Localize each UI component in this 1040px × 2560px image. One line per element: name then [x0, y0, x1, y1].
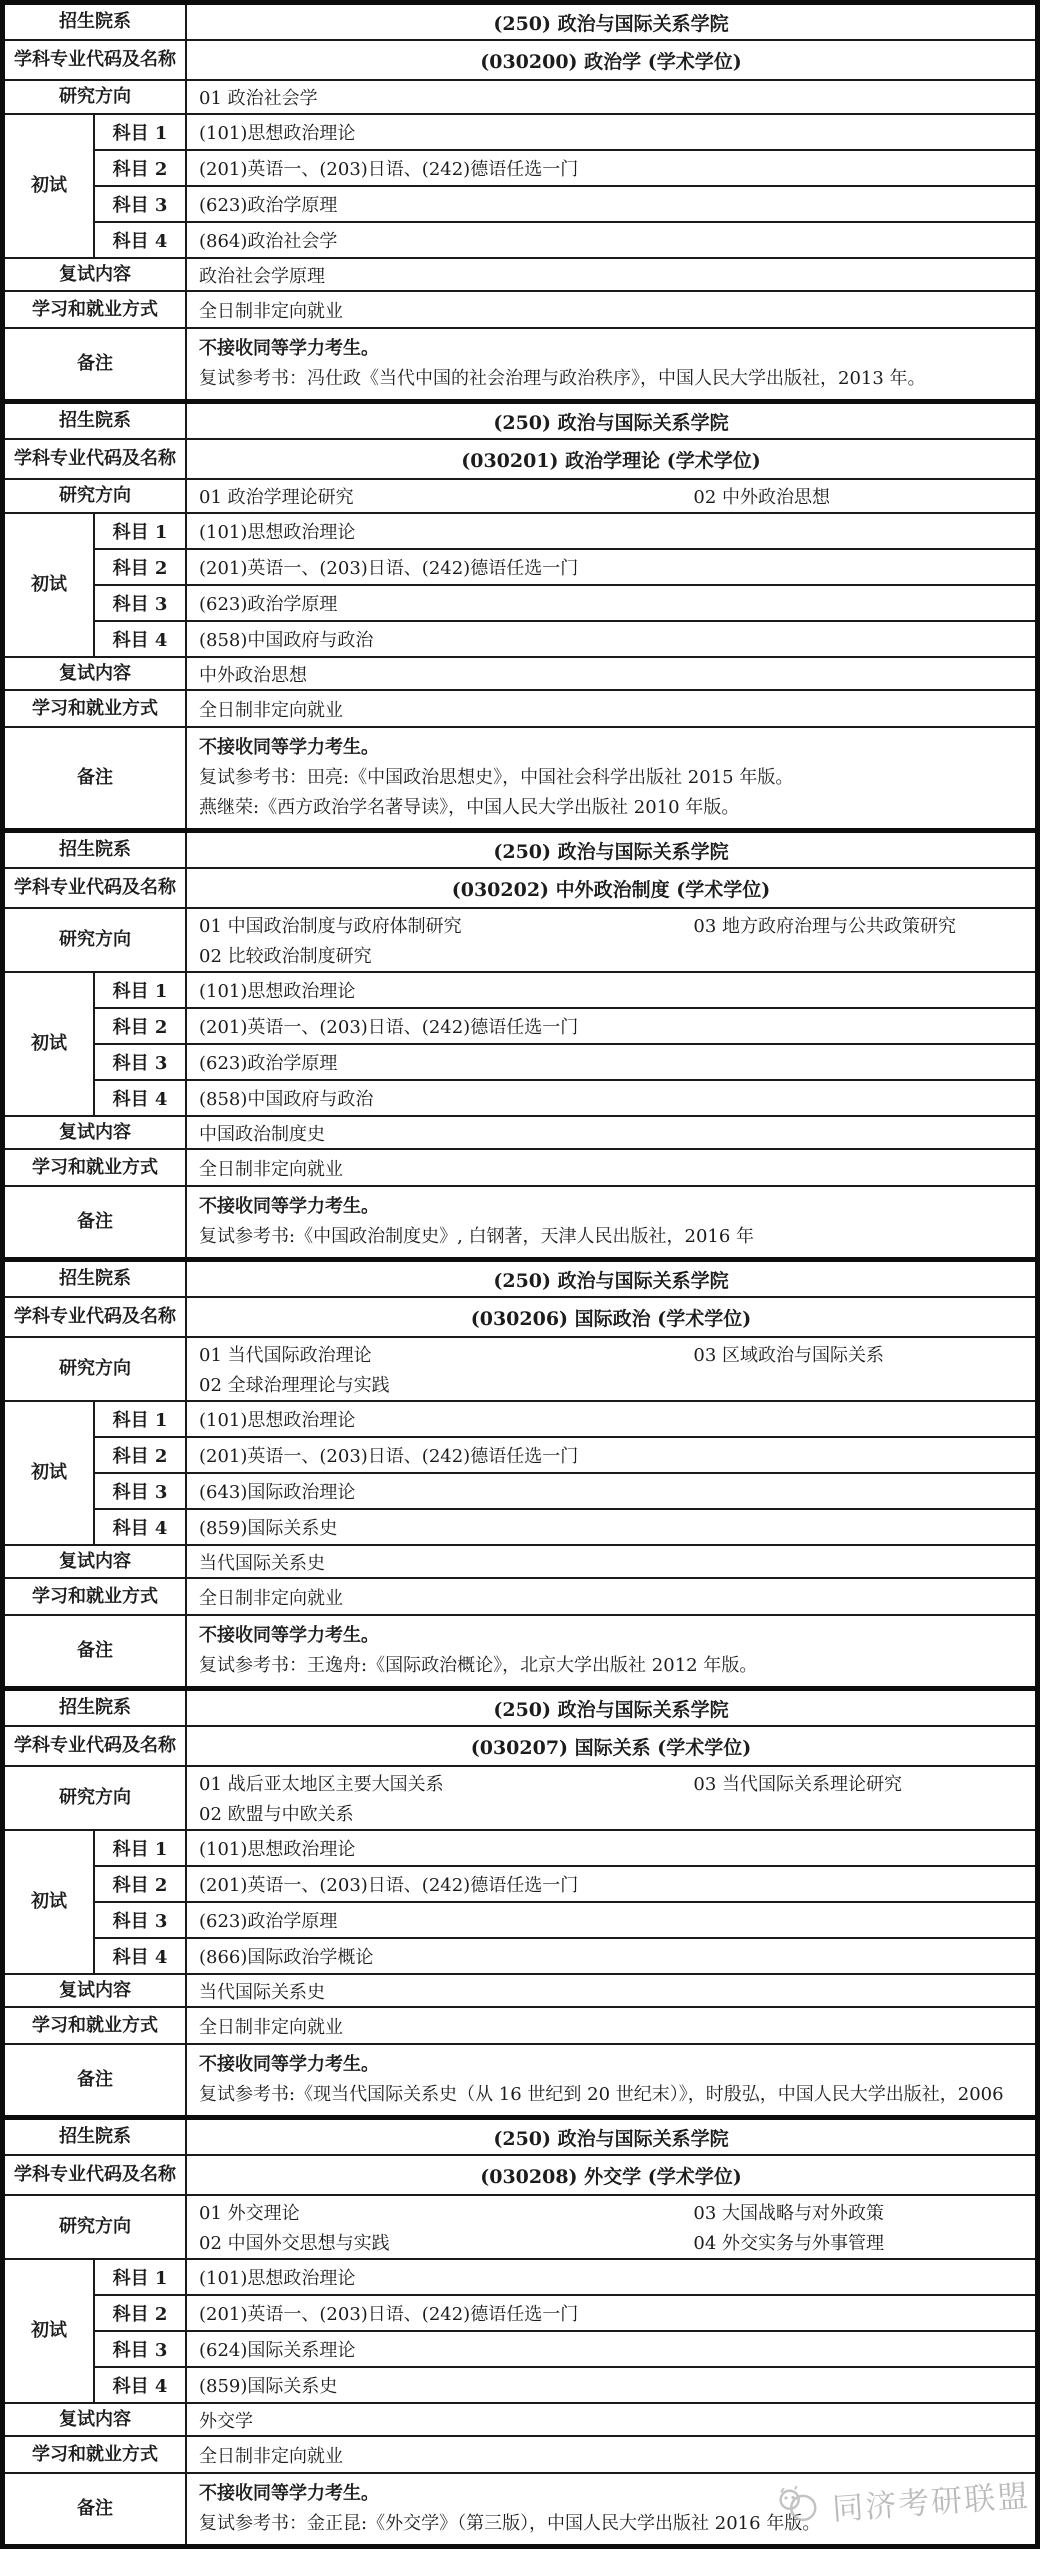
subject1-value: (101)思想政治理论: [185, 2260, 1035, 2294]
research-label: 研究方向: [5, 909, 185, 971]
retest-label: 复试内容: [5, 1546, 185, 1577]
department-value: (250) 政治与国际关系学院: [185, 404, 1035, 438]
subject2-value: (201)英语一、(203)日语、(242)德语任选一门: [185, 2296, 1035, 2330]
row-study-mode: 学习和就业方式 全日制非定向就业: [5, 1577, 1035, 1614]
row-department: 招生院系 (250) 政治与国际关系学院: [5, 2120, 1035, 2154]
retest-value: 中外政治思想: [185, 658, 1035, 689]
notes-line: 复试参考书:《中国政治制度史》, 白钢著，天津人民出版社，2016 年: [199, 1222, 1023, 1252]
research-item: 02 全球治理理论与实践: [199, 1371, 390, 1397]
row-study-mode: 学习和就业方式 全日制非定向就业: [5, 290, 1035, 327]
study-mode-value: 全日制非定向就业: [185, 1579, 1035, 1614]
study-mode-label: 学习和就业方式: [5, 2437, 185, 2472]
research-item: 03 当代国际关系理论研究: [693, 1770, 902, 1796]
notes-line: 不接收同等学力考生。: [199, 334, 1023, 364]
retest-label: 复试内容: [5, 1975, 185, 2006]
notes-label: 备注: [5, 1616, 185, 1686]
major-value: (030202) 中外政治制度 (学术学位): [185, 869, 1035, 907]
notes-line: 复试参考书：田亮:《中国政治思想史》，中国社会科学出版社 2015 年版。: [199, 763, 1023, 793]
study-mode-value: 全日制非定向就业: [185, 292, 1035, 327]
row-notes: 备注 不接收同等学力考生。 复试参考书:《中国政治制度史》, 白钢著，天津人民出…: [5, 1185, 1035, 1257]
row-research: 研究方向 01 政治学理论研究 02 中外政治思想: [5, 478, 1035, 512]
row-retest: 复试内容 当代国际关系史: [5, 1544, 1035, 1577]
research-item: 03 地方政府治理与公共政策研究: [693, 912, 956, 938]
subject4-label: 科目 4: [93, 1510, 185, 1544]
initial-exam-label: 初试: [5, 514, 93, 656]
notes-line: 不接收同等学力考生。: [199, 2479, 1023, 2509]
initial-exam-label: 初试: [5, 1402, 93, 1544]
study-mode-label: 学习和就业方式: [5, 1150, 185, 1185]
row-research: 研究方向 01 战后亚太地区主要大国关系 03 当代国际关系理论研究 02 欧盟…: [5, 1765, 1035, 1829]
subject2-label: 科目 2: [93, 1867, 185, 1901]
subject2-value: (201)英语一、(203)日语、(242)德语任选一门: [185, 151, 1035, 185]
row-initial-exam: 初试 科目 1(101)思想政治理论 科目 2(201)英语一、(203)日语、…: [5, 512, 1035, 656]
department-label: 招生院系: [5, 1262, 185, 1296]
row-study-mode: 学习和就业方式 全日制非定向就业: [5, 689, 1035, 726]
research-value: 01 外交理论 03 大国战略与对外政策 02 中国外交思想与实践 04 外交实…: [185, 2196, 1035, 2258]
research-item: 01 中国政治制度与政府体制研究: [199, 912, 693, 938]
retest-value: 中国政治制度史: [185, 1117, 1035, 1148]
row-notes: 备注 不接收同等学力考生。 复试参考书：金正昆:《外交学》（第三版），中国人民大…: [5, 2472, 1035, 2544]
row-notes: 备注 不接收同等学力考生。 复试参考书：冯仕政《当代中国的社会治理与政治秩序》，…: [5, 327, 1035, 399]
row-major: 学科专业代码及名称 (030202) 中外政治制度 (学术学位): [5, 867, 1035, 907]
row-department: 招生院系 (250) 政治与国际关系学院: [5, 404, 1035, 438]
table-section-030200: 招生院系 (250) 政治与国际关系学院 学科专业代码及名称 (030200) …: [5, 5, 1035, 399]
subject3-label: 科目 3: [93, 1045, 185, 1079]
subject2-label: 科目 2: [93, 1009, 185, 1043]
subject4-value: (859)国际关系史: [185, 2368, 1035, 2402]
retest-label: 复试内容: [5, 259, 185, 290]
retest-value: 外交学: [185, 2404, 1035, 2435]
subject1-value: (101)思想政治理论: [185, 1402, 1035, 1436]
research-item: 02 中国外交思想与实践: [199, 2229, 693, 2255]
retest-label: 复试内容: [5, 658, 185, 689]
department-label: 招生院系: [5, 2120, 185, 2154]
subject3-label: 科目 3: [93, 187, 185, 221]
subject4-label: 科目 4: [93, 223, 185, 257]
row-department: 招生院系 (250) 政治与国际关系学院: [5, 833, 1035, 867]
initial-exam-label: 初试: [5, 973, 93, 1115]
subject2-value: (201)英语一、(203)日语、(242)德语任选一门: [185, 1009, 1035, 1043]
subject4-label: 科目 4: [93, 2368, 185, 2402]
research-item: 01 政治学理论研究: [199, 483, 693, 509]
major-value: (030208) 外交学 (学术学位): [185, 2156, 1035, 2194]
row-department: 招生院系 (250) 政治与国际关系学院: [5, 5, 1035, 39]
exam-subjects: 科目 1(101)思想政治理论 科目 2(201)英语一、(203)日语、(24…: [93, 973, 1035, 1115]
study-mode-value: 全日制非定向就业: [185, 2008, 1035, 2043]
subject3-value: (623)政治学原理: [185, 1045, 1035, 1079]
row-major: 学科专业代码及名称 (030201) 政治学理论 (学术学位): [5, 438, 1035, 478]
subject3-label: 科目 3: [93, 1903, 185, 1937]
subject4-label: 科目 4: [93, 622, 185, 656]
major-value: (030200) 政治学 (学术学位): [185, 41, 1035, 79]
notes-value: 不接收同等学力考生。 复试参考书:《中国政治制度史》, 白钢著，天津人民出版社，…: [185, 1187, 1035, 1257]
notes-label: 备注: [5, 2045, 185, 2115]
department-label: 招生院系: [5, 404, 185, 438]
subject1-value: (101)思想政治理论: [185, 973, 1035, 1007]
major-label: 学科专业代码及名称: [5, 1727, 185, 1765]
subject1-value: (101)思想政治理论: [185, 514, 1035, 548]
research-label: 研究方向: [5, 2196, 185, 2258]
notes-line: 复试参考书:《现当代国际关系史（从 16 世纪到 20 世纪末）》，时殷弘，中国…: [199, 2080, 1023, 2110]
exam-subjects: 科目 1(101)思想政治理论 科目 2(201)英语一、(203)日语、(24…: [93, 2260, 1035, 2402]
row-initial-exam: 初试 科目 1(101)思想政治理论 科目 2(201)英语一、(203)日语、…: [5, 2258, 1035, 2402]
initial-exam-label: 初试: [5, 2260, 93, 2402]
research-item: 01 战后亚太地区主要大国关系: [199, 1770, 693, 1796]
subject2-value: (201)英语一、(203)日语、(242)德语任选一门: [185, 1867, 1035, 1901]
study-mode-value: 全日制非定向就业: [185, 1150, 1035, 1185]
major-label: 学科专业代码及名称: [5, 869, 185, 907]
notes-line: 不接收同等学力考生。: [199, 1621, 1023, 1651]
row-major: 学科专业代码及名称 (030207) 国际关系 (学术学位): [5, 1725, 1035, 1765]
notes-line: 不接收同等学力考生。: [199, 2050, 1023, 2080]
research-value: 01 战后亚太地区主要大国关系 03 当代国际关系理论研究 02 欧盟与中欧关系: [185, 1767, 1035, 1829]
notes-value: 不接收同等学力考生。 复试参考书:《现当代国际关系史（从 16 世纪到 20 世…: [185, 2045, 1035, 2115]
study-mode-label: 学习和就业方式: [5, 292, 185, 327]
notes-line: 不接收同等学力考生。: [199, 733, 1023, 763]
notes-line: 复试参考书：金正昆:《外交学》（第三版），中国人民大学出版社 2016 年版。: [199, 2509, 1023, 2539]
study-mode-label: 学习和就业方式: [5, 1579, 185, 1614]
major-value: (030206) 国际政治 (学术学位): [185, 1298, 1035, 1336]
research-item: 01 政治社会学: [199, 84, 318, 110]
subject3-value: (623)政治学原理: [185, 1903, 1035, 1937]
row-research: 研究方向 01 当代国际政治理论 03 区域政治与国际关系 02 全球治理理论与…: [5, 1336, 1035, 1400]
department-value: (250) 政治与国际关系学院: [185, 833, 1035, 867]
retest-label: 复试内容: [5, 2404, 185, 2435]
major-value: (030207) 国际关系 (学术学位): [185, 1727, 1035, 1765]
subject4-label: 科目 4: [93, 1939, 185, 1973]
table-section-030208: 招生院系 (250) 政治与国际关系学院 学科专业代码及名称 (030208) …: [5, 2115, 1035, 2544]
row-research: 研究方向 01 外交理论 03 大国战略与对外政策 02 中国外交思想与实践 0…: [5, 2194, 1035, 2258]
research-label: 研究方向: [5, 1338, 185, 1400]
study-mode-value: 全日制非定向就业: [185, 691, 1035, 726]
subject4-label: 科目 4: [93, 1081, 185, 1115]
subject4-value: (864)政治社会学: [185, 223, 1035, 257]
subject3-label: 科目 3: [93, 1474, 185, 1508]
subject1-label: 科目 1: [93, 115, 185, 149]
row-initial-exam: 初试 科目 1(101)思想政治理论 科目 2(201)英语一、(203)日语、…: [5, 113, 1035, 257]
row-study-mode: 学习和就业方式 全日制非定向就业: [5, 2435, 1035, 2472]
table-section-030207: 招生院系 (250) 政治与国际关系学院 学科专业代码及名称 (030207) …: [5, 1686, 1035, 2115]
subject1-label: 科目 1: [93, 514, 185, 548]
admissions-table: 招生院系 (250) 政治与国际关系学院 学科专业代码及名称 (030200) …: [0, 0, 1040, 2549]
row-department: 招生院系 (250) 政治与国际关系学院: [5, 1262, 1035, 1296]
row-initial-exam: 初试 科目 1(101)思想政治理论 科目 2(201)英语一、(203)日语、…: [5, 1829, 1035, 1973]
initial-exam-label: 初试: [5, 115, 93, 257]
subject2-label: 科目 2: [93, 2296, 185, 2330]
retest-value: 政治社会学原理: [185, 259, 1035, 290]
row-major: 学科专业代码及名称 (030206) 国际政治 (学术学位): [5, 1296, 1035, 1336]
research-label: 研究方向: [5, 480, 185, 512]
subject4-value: (859)国际关系史: [185, 1510, 1035, 1544]
subject2-label: 科目 2: [93, 151, 185, 185]
department-value: (250) 政治与国际关系学院: [185, 1691, 1035, 1725]
study-mode-label: 学习和就业方式: [5, 691, 185, 726]
row-study-mode: 学习和就业方式 全日制非定向就业: [5, 2006, 1035, 2043]
subject3-label: 科目 3: [93, 586, 185, 620]
row-notes: 备注 不接收同等学力考生。 复试参考书：田亮:《中国政治思想史》，中国社会科学出…: [5, 726, 1035, 828]
row-major: 学科专业代码及名称 (030200) 政治学 (学术学位): [5, 39, 1035, 79]
notes-value: 不接收同等学力考生。 复试参考书：田亮:《中国政治思想史》，中国社会科学出版社 …: [185, 728, 1035, 828]
major-label: 学科专业代码及名称: [5, 41, 185, 79]
subject2-label: 科目 2: [93, 1438, 185, 1472]
row-initial-exam: 初试 科目 1(101)思想政治理论 科目 2(201)英语一、(203)日语、…: [5, 1400, 1035, 1544]
row-department: 招生院系 (250) 政治与国际关系学院: [5, 1691, 1035, 1725]
research-label: 研究方向: [5, 1767, 185, 1829]
row-major: 学科专业代码及名称 (030208) 外交学 (学术学位): [5, 2154, 1035, 2194]
retest-value: 当代国际关系史: [185, 1546, 1035, 1577]
research-value: 01 政治学理论研究 02 中外政治思想: [185, 480, 1035, 512]
subject3-value: (643)国际政治理论: [185, 1474, 1035, 1508]
table-section-030206: 招生院系 (250) 政治与国际关系学院 学科专业代码及名称 (030206) …: [5, 1257, 1035, 1686]
subject1-label: 科目 1: [93, 2260, 185, 2294]
table-section-030202: 招生院系 (250) 政治与国际关系学院 学科专业代码及名称 (030202) …: [5, 828, 1035, 1257]
notes-label: 备注: [5, 1187, 185, 1257]
row-research: 研究方向 01 政治社会学: [5, 79, 1035, 113]
notes-line: 燕继荣:《西方政治学名著导读》，中国人民大学出版社 2010 年版。: [199, 793, 1023, 823]
subject4-value: (858)中国政府与政治: [185, 622, 1035, 656]
research-label: 研究方向: [5, 81, 185, 113]
subject3-value: (623)政治学原理: [185, 187, 1035, 221]
department-value: (250) 政治与国际关系学院: [185, 5, 1035, 39]
subject3-value: (623)政治学原理: [185, 586, 1035, 620]
row-notes: 备注 不接收同等学力考生。 复试参考书：王逸舟:《国际政治概论》，北京大学出版社…: [5, 1614, 1035, 1686]
subject1-value: (101)思想政治理论: [185, 1831, 1035, 1865]
row-retest: 复试内容 中国政治制度史: [5, 1115, 1035, 1148]
notes-value: 不接收同等学力考生。 复试参考书：冯仕政《当代中国的社会治理与政治秩序》，中国人…: [185, 329, 1035, 399]
subject1-label: 科目 1: [93, 1402, 185, 1436]
subject1-value: (101)思想政治理论: [185, 115, 1035, 149]
row-retest: 复试内容 外交学: [5, 2402, 1035, 2435]
notes-line: 复试参考书：冯仕政《当代中国的社会治理与政治秩序》，中国人民大学出版社，2013…: [199, 364, 1023, 394]
research-value: 01 中国政治制度与政府体制研究 03 地方政府治理与公共政策研究 02 比较政…: [185, 909, 1035, 971]
study-mode-label: 学习和就业方式: [5, 2008, 185, 2043]
research-item: 02 比较政治制度研究: [199, 942, 372, 968]
subject2-label: 科目 2: [93, 550, 185, 584]
notes-label: 备注: [5, 329, 185, 399]
subject1-label: 科目 1: [93, 973, 185, 1007]
research-item: 01 当代国际政治理论: [199, 1341, 693, 1367]
study-mode-value: 全日制非定向就业: [185, 2437, 1035, 2472]
initial-exam-label: 初试: [5, 1831, 93, 1973]
department-label: 招生院系: [5, 5, 185, 39]
table-section-030201: 招生院系 (250) 政治与国际关系学院 学科专业代码及名称 (030201) …: [5, 399, 1035, 828]
exam-subjects: 科目 1(101)思想政治理论 科目 2(201)英语一、(203)日语、(24…: [93, 1831, 1035, 1973]
subject3-label: 科目 3: [93, 2332, 185, 2366]
research-item: 03 区域政治与国际关系: [693, 1341, 884, 1367]
retest-value: 当代国际关系史: [185, 1975, 1035, 2006]
subject4-value: (866)国际政治学概论: [185, 1939, 1035, 1973]
subject4-value: (858)中国政府与政治: [185, 1081, 1035, 1115]
notes-line: 不接收同等学力考生。: [199, 1192, 1023, 1222]
research-value: 01 政治社会学: [185, 81, 1035, 113]
row-initial-exam: 初试 科目 1(101)思想政治理论 科目 2(201)英语一、(203)日语、…: [5, 971, 1035, 1115]
exam-subjects: 科目 1(101)思想政治理论 科目 2(201)英语一、(203)日语、(24…: [93, 514, 1035, 656]
major-value: (030201) 政治学理论 (学术学位): [185, 440, 1035, 478]
exam-subjects: 科目 1(101)思想政治理论 科目 2(201)英语一、(203)日语、(24…: [93, 1402, 1035, 1544]
notes-value: 不接收同等学力考生。 复试参考书：王逸舟:《国际政治概论》，北京大学出版社 20…: [185, 1616, 1035, 1686]
exam-subjects: 科目 1(101)思想政治理论 科目 2(201)英语一、(203)日语、(24…: [93, 115, 1035, 257]
subject3-value: (624)国际关系理论: [185, 2332, 1035, 2366]
row-study-mode: 学习和就业方式 全日制非定向就业: [5, 1148, 1035, 1185]
research-item: 03 大国战略与对外政策: [693, 2199, 884, 2225]
retest-label: 复试内容: [5, 1117, 185, 1148]
research-value: 01 当代国际政治理论 03 区域政治与国际关系 02 全球治理理论与实践: [185, 1338, 1035, 1400]
subject2-value: (201)英语一、(203)日语、(242)德语任选一门: [185, 1438, 1035, 1472]
row-retest: 复试内容 政治社会学原理: [5, 257, 1035, 290]
research-item: 01 外交理论: [199, 2199, 693, 2225]
research-item: 02 欧盟与中欧关系: [199, 1800, 354, 1826]
department-label: 招生院系: [5, 1691, 185, 1725]
notes-label: 备注: [5, 728, 185, 828]
subject1-label: 科目 1: [93, 1831, 185, 1865]
notes-value: 不接收同等学力考生。 复试参考书：金正昆:《外交学》（第三版），中国人民大学出版…: [185, 2474, 1035, 2544]
major-label: 学科专业代码及名称: [5, 1298, 185, 1336]
major-label: 学科专业代码及名称: [5, 2156, 185, 2194]
department-value: (250) 政治与国际关系学院: [185, 2120, 1035, 2154]
research-item: 04 外交实务与外事管理: [693, 2229, 884, 2255]
research-item: 02 中外政治思想: [693, 483, 830, 509]
row-notes: 备注 不接收同等学力考生。 复试参考书:《现当代国际关系史（从 16 世纪到 2…: [5, 2043, 1035, 2115]
department-label: 招生院系: [5, 833, 185, 867]
notes-line: 复试参考书：王逸舟:《国际政治概论》，北京大学出版社 2012 年版。: [199, 1651, 1023, 1681]
row-research: 研究方向 01 中国政治制度与政府体制研究 03 地方政府治理与公共政策研究 0…: [5, 907, 1035, 971]
department-value: (250) 政治与国际关系学院: [185, 1262, 1035, 1296]
subject2-value: (201)英语一、(203)日语、(242)德语任选一门: [185, 550, 1035, 584]
notes-label: 备注: [5, 2474, 185, 2544]
row-retest: 复试内容 当代国际关系史: [5, 1973, 1035, 2006]
row-retest: 复试内容 中外政治思想: [5, 656, 1035, 689]
major-label: 学科专业代码及名称: [5, 440, 185, 478]
